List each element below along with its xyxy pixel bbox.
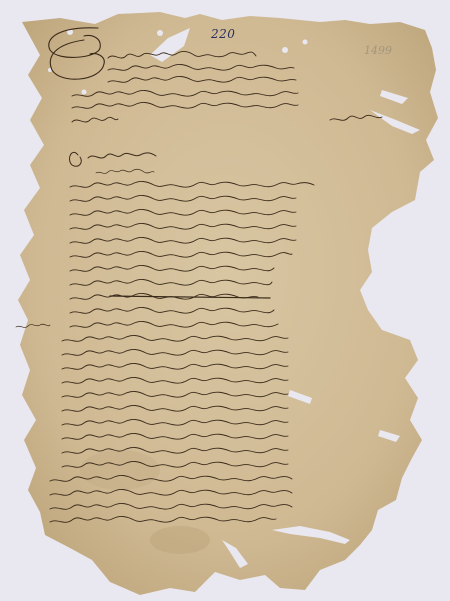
archive-number: 1499: [364, 44, 392, 57]
handwritten-text: [0, 0, 450, 601]
folio-number: 220: [211, 27, 235, 41]
manuscript-page: 220 1499 Carta a Ciudad Rodrigo a 26 de …: [0, 0, 450, 601]
